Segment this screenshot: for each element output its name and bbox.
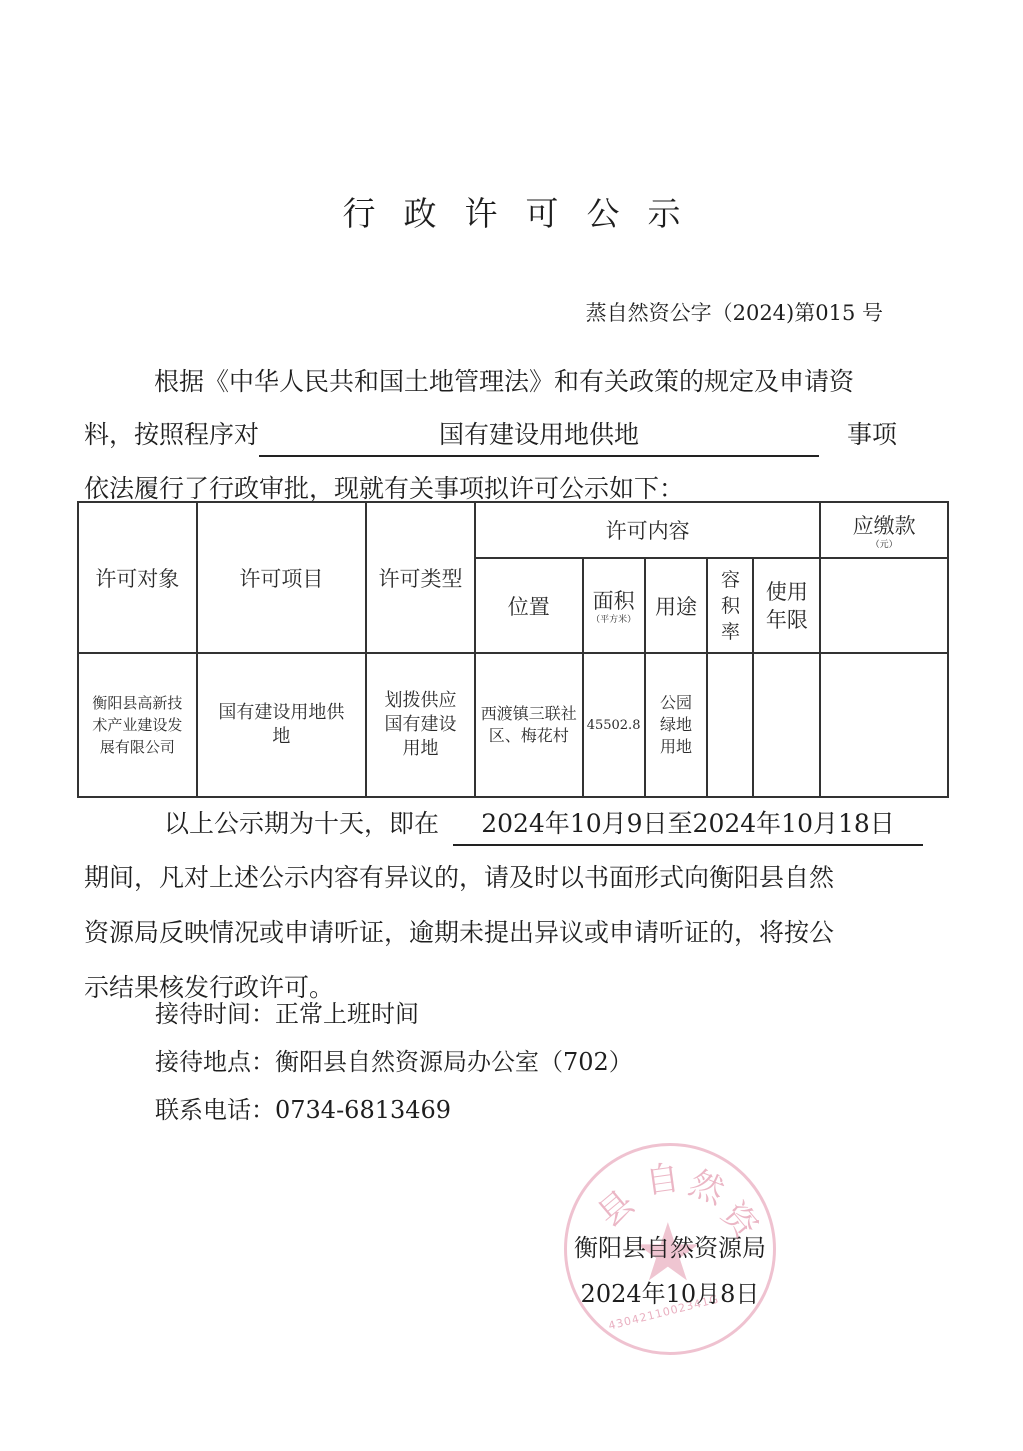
header-far: 容积率 — [707, 558, 753, 653]
cell-far — [707, 653, 753, 797]
notice-line-2: 期间，凡对上述公示内容有异议的，请及时以书面形式向衡阳县自然 — [84, 850, 964, 905]
signing-org: 衡阳县自然资源局 — [545, 1228, 795, 1263]
cell-area: 45502.8 — [583, 653, 645, 797]
header-project: 许可项目 — [197, 502, 366, 653]
reception-time: 接待时间：正常上班时间 — [155, 988, 419, 1040]
intro-prefix: 料，按照程序对 — [84, 420, 259, 449]
intro-suffix: 事项 — [847, 420, 897, 449]
table-row: 衡阳县高新技术产业建设发展有限公司 国有建设用地供地 划拨供应国有建设用地 西渡… — [78, 653, 948, 797]
header-area: 面积 （平方米） — [583, 558, 645, 653]
header-fee: 应缴款 （元） — [820, 502, 948, 558]
cell-fee — [820, 653, 948, 797]
header-location: 位置 — [475, 558, 583, 653]
fee-label: 应缴款 — [853, 514, 916, 538]
matter-blank: 国有建设用地供地 — [259, 415, 819, 457]
header-term: 使用年限 — [753, 558, 820, 653]
cell-location: 西渡镇三联社区、梅花村 — [475, 653, 583, 797]
document-number: 蒸自然资公字（2024)第015 号 — [586, 297, 883, 327]
cell-type: 划拨供应国有建设用地 — [366, 653, 475, 797]
contact-phone: 联系电话：0734-6813469 — [155, 1084, 451, 1136]
seal-char: 自 — [642, 1150, 682, 1203]
header-target: 许可对象 — [78, 502, 197, 653]
header-usage: 用途 — [645, 558, 708, 653]
header-fee-blank — [820, 558, 948, 653]
reception-place: 接待地点：衡阳县自然资源局办公室（702） — [155, 1036, 633, 1088]
intro-line-1: 根据《中华人民共和国土地管理法》和有关政策的规定及申请资 — [154, 355, 1014, 409]
fee-unit: （元） — [823, 540, 945, 551]
intro-line-2: 料，按照程序对国有建设用地供地事项 — [84, 408, 944, 462]
document-title: 行政许可公示 — [0, 188, 1023, 235]
permit-table: 许可对象 许可项目 许可类型 许可内容 应缴款 （元） 位置 面积 （平方米） … — [77, 501, 949, 798]
cell-term — [753, 653, 820, 797]
cell-project: 国有建设用地供地 — [197, 653, 366, 797]
header-type: 许可类型 — [366, 502, 475, 653]
period-line: 以上公示期为十天，即在2024年10月9日至2024年10月18日 — [84, 796, 964, 851]
header-content: 许可内容 — [475, 502, 820, 558]
period-dates: 2024年10月9日至2024年10月18日 — [453, 804, 923, 846]
cell-target: 衡阳县高新技术产业建设发展有限公司 — [78, 653, 197, 797]
seal-char: 然 — [683, 1155, 733, 1213]
area-unit: （平方米） — [586, 615, 642, 626]
cell-usage: 公园绿地用地 — [645, 653, 708, 797]
signing-date: 2024年10月8日 — [545, 1274, 795, 1309]
area-label: 面积 — [593, 589, 635, 613]
period-prefix: 以上公示期为十天，即在 — [164, 809, 439, 838]
notice-line-3: 资源局反映情况或申请听证，逾期未提出异议或申请听证的，将按公 — [84, 905, 964, 960]
